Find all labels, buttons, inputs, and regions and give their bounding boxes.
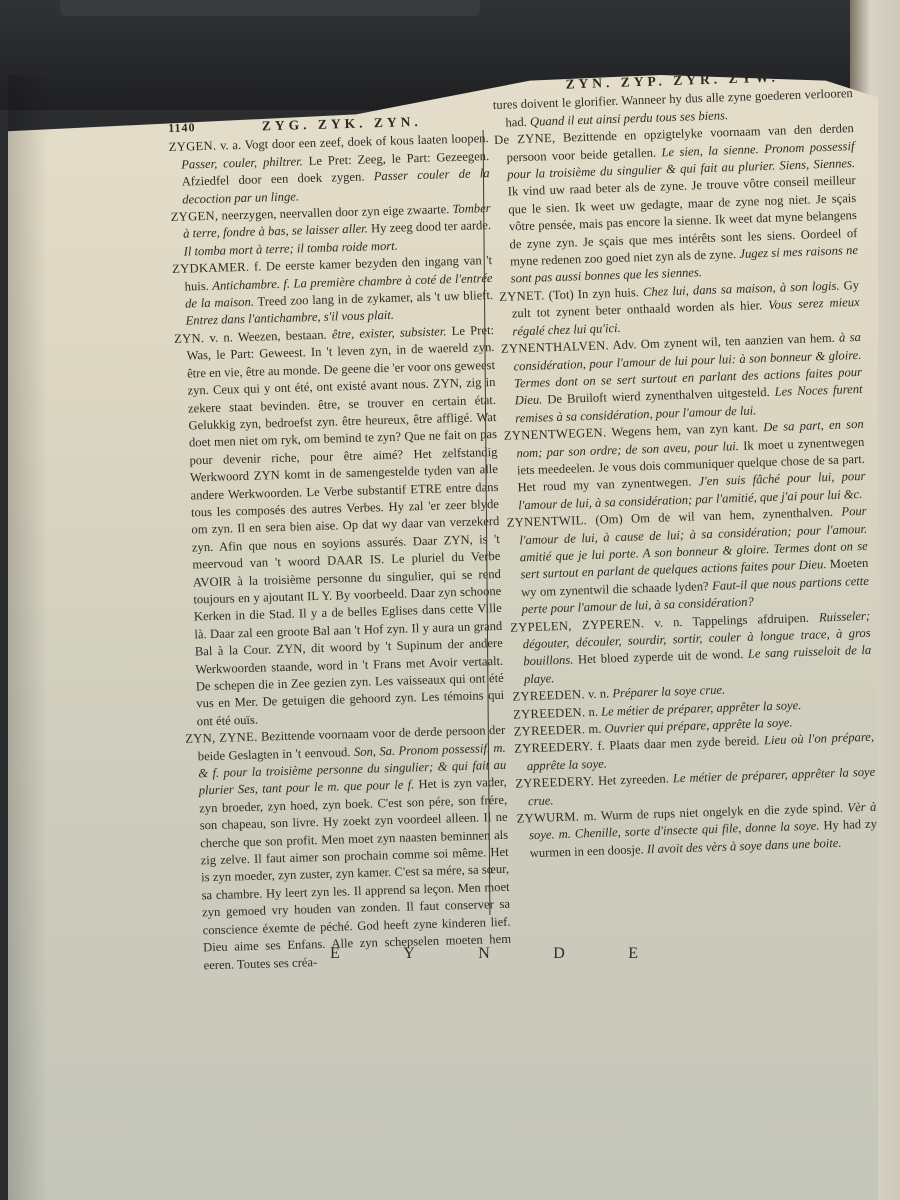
end-colophon: EYNDE xyxy=(330,945,640,963)
entry-dutch: f. Plaats daar men zyde bereid. xyxy=(597,734,759,753)
right-entries: tures doivent le glorifier. Wanneer hy d… xyxy=(493,85,878,862)
entry-headword: ZYNENTWIL. xyxy=(507,513,588,530)
entry-headword: ZYGEN. xyxy=(169,139,217,154)
page-gutter-shadow xyxy=(8,75,48,1200)
dictionary-entry: ZYN, ZYNE. Bezittende voornaam voor de d… xyxy=(185,722,512,975)
right-column: ZYN. ZYP. ZYR. ZYW. tures doivent le glo… xyxy=(492,66,878,863)
entry-example: Het is zyn vader, zyn broeder, zyn hoed,… xyxy=(199,775,511,972)
entry-example: Hy zeeg dood ter aarde. xyxy=(371,218,491,235)
entry-french: être, exister, subsister. xyxy=(332,324,447,341)
entry-headword: ZYN, ZYNE. xyxy=(185,730,258,746)
dictionary-entry: ZYGEN. v. a. Vogt door een zeef, doek of… xyxy=(169,130,491,209)
entry-french: Passer, couler, philtrer. xyxy=(181,154,303,171)
left-column: 1140 ZYG. ZYK. ZYN. ZYGEN. v. a. Vogt do… xyxy=(168,111,512,975)
entry-dutch: Het zyreeden. xyxy=(598,772,669,788)
entry-headword: ZYPELEN, ZYPEREN. xyxy=(510,616,645,634)
entry-headword: ZYREEDERY. xyxy=(514,739,593,756)
end-letter: D xyxy=(553,945,567,963)
entry-headword: ZYREEDEN. xyxy=(512,687,585,703)
end-letter: E xyxy=(628,945,640,963)
dictionary-entry: ZYDKAMER. f. De eerste kamer bezyden den… xyxy=(172,252,494,331)
entry-dutch: m. xyxy=(588,722,601,736)
entry-headword: ZYNENTWEGEN. xyxy=(504,426,607,443)
end-letter: N xyxy=(478,945,492,963)
entry-headword: ZYGEN, xyxy=(171,209,219,224)
entry-example: Treed zoo lang in de zykamer, als 't uw … xyxy=(257,288,493,309)
left-entries: ZYGEN. v. a. Vogt door een zeef, doek of… xyxy=(169,130,512,974)
entry-headword: ZYWURM. xyxy=(516,810,579,826)
device-lip xyxy=(60,0,480,16)
entry-french: Préparer la soye crue. xyxy=(612,683,725,701)
entry-dutch: Wegens hem, van zyn kant. xyxy=(611,421,758,440)
entry-example: Het bloed zyperde uit de wond. xyxy=(578,647,744,666)
dictionary-entry: ZYNENTWEGEN. Wegens hem, van zyn kant. D… xyxy=(504,416,867,515)
end-letter: E xyxy=(330,945,342,963)
entry-dutch: n. xyxy=(588,704,598,718)
entry-headword: ZYREEDERY. xyxy=(515,774,594,791)
dictionary-entry: ZYPELEN, ZYPEREN. v. n. Tappelings afdru… xyxy=(510,607,872,689)
left-header-text: ZYG. ZYK. ZYN. xyxy=(262,114,422,133)
entry-dutch: v. n. Weezen, bestaan. xyxy=(209,328,326,345)
dictionary-entry: De ZYNE, Bezittende en opzigtelyke voorn… xyxy=(494,120,859,289)
entry-headword: ZYDKAMER. xyxy=(172,260,250,276)
dictionary-entry: ZYN. v. n. Weezen, bestaan. être, existe… xyxy=(174,322,505,731)
end-letter: Y xyxy=(403,945,417,963)
entry-headword: ZYREEDEN. xyxy=(513,705,586,721)
page-number: 1140 xyxy=(168,119,196,137)
entry-headword: ZYREEDER. xyxy=(513,722,585,738)
entry-dutch: (Tot) In zyn huis. xyxy=(548,285,639,302)
entry-headword: ZYNENTHALVEN. xyxy=(501,338,609,356)
entry-example: Le Pret: Was, le Part: Geweest. In 't le… xyxy=(186,323,504,728)
dictionary-entry: ZYGEN, neerzygen, neervallen door zyn ei… xyxy=(170,200,491,261)
entry-headword: ZYN. xyxy=(174,331,205,346)
dictionary-entry: ZYNENTWIL. (Om) Om de wil van hem, zynen… xyxy=(506,503,869,619)
entry-dutch: v. n. xyxy=(588,687,610,702)
dictionary-entry: ZYNENTHALVEN. Adv. Om zynent wil, ten aa… xyxy=(501,329,864,428)
entry-headword: ZYNET. xyxy=(499,288,545,303)
entry-dutch: v. n. Tappelings afdruipen. xyxy=(654,610,809,629)
entry-headword: De ZYNE, xyxy=(494,131,556,147)
